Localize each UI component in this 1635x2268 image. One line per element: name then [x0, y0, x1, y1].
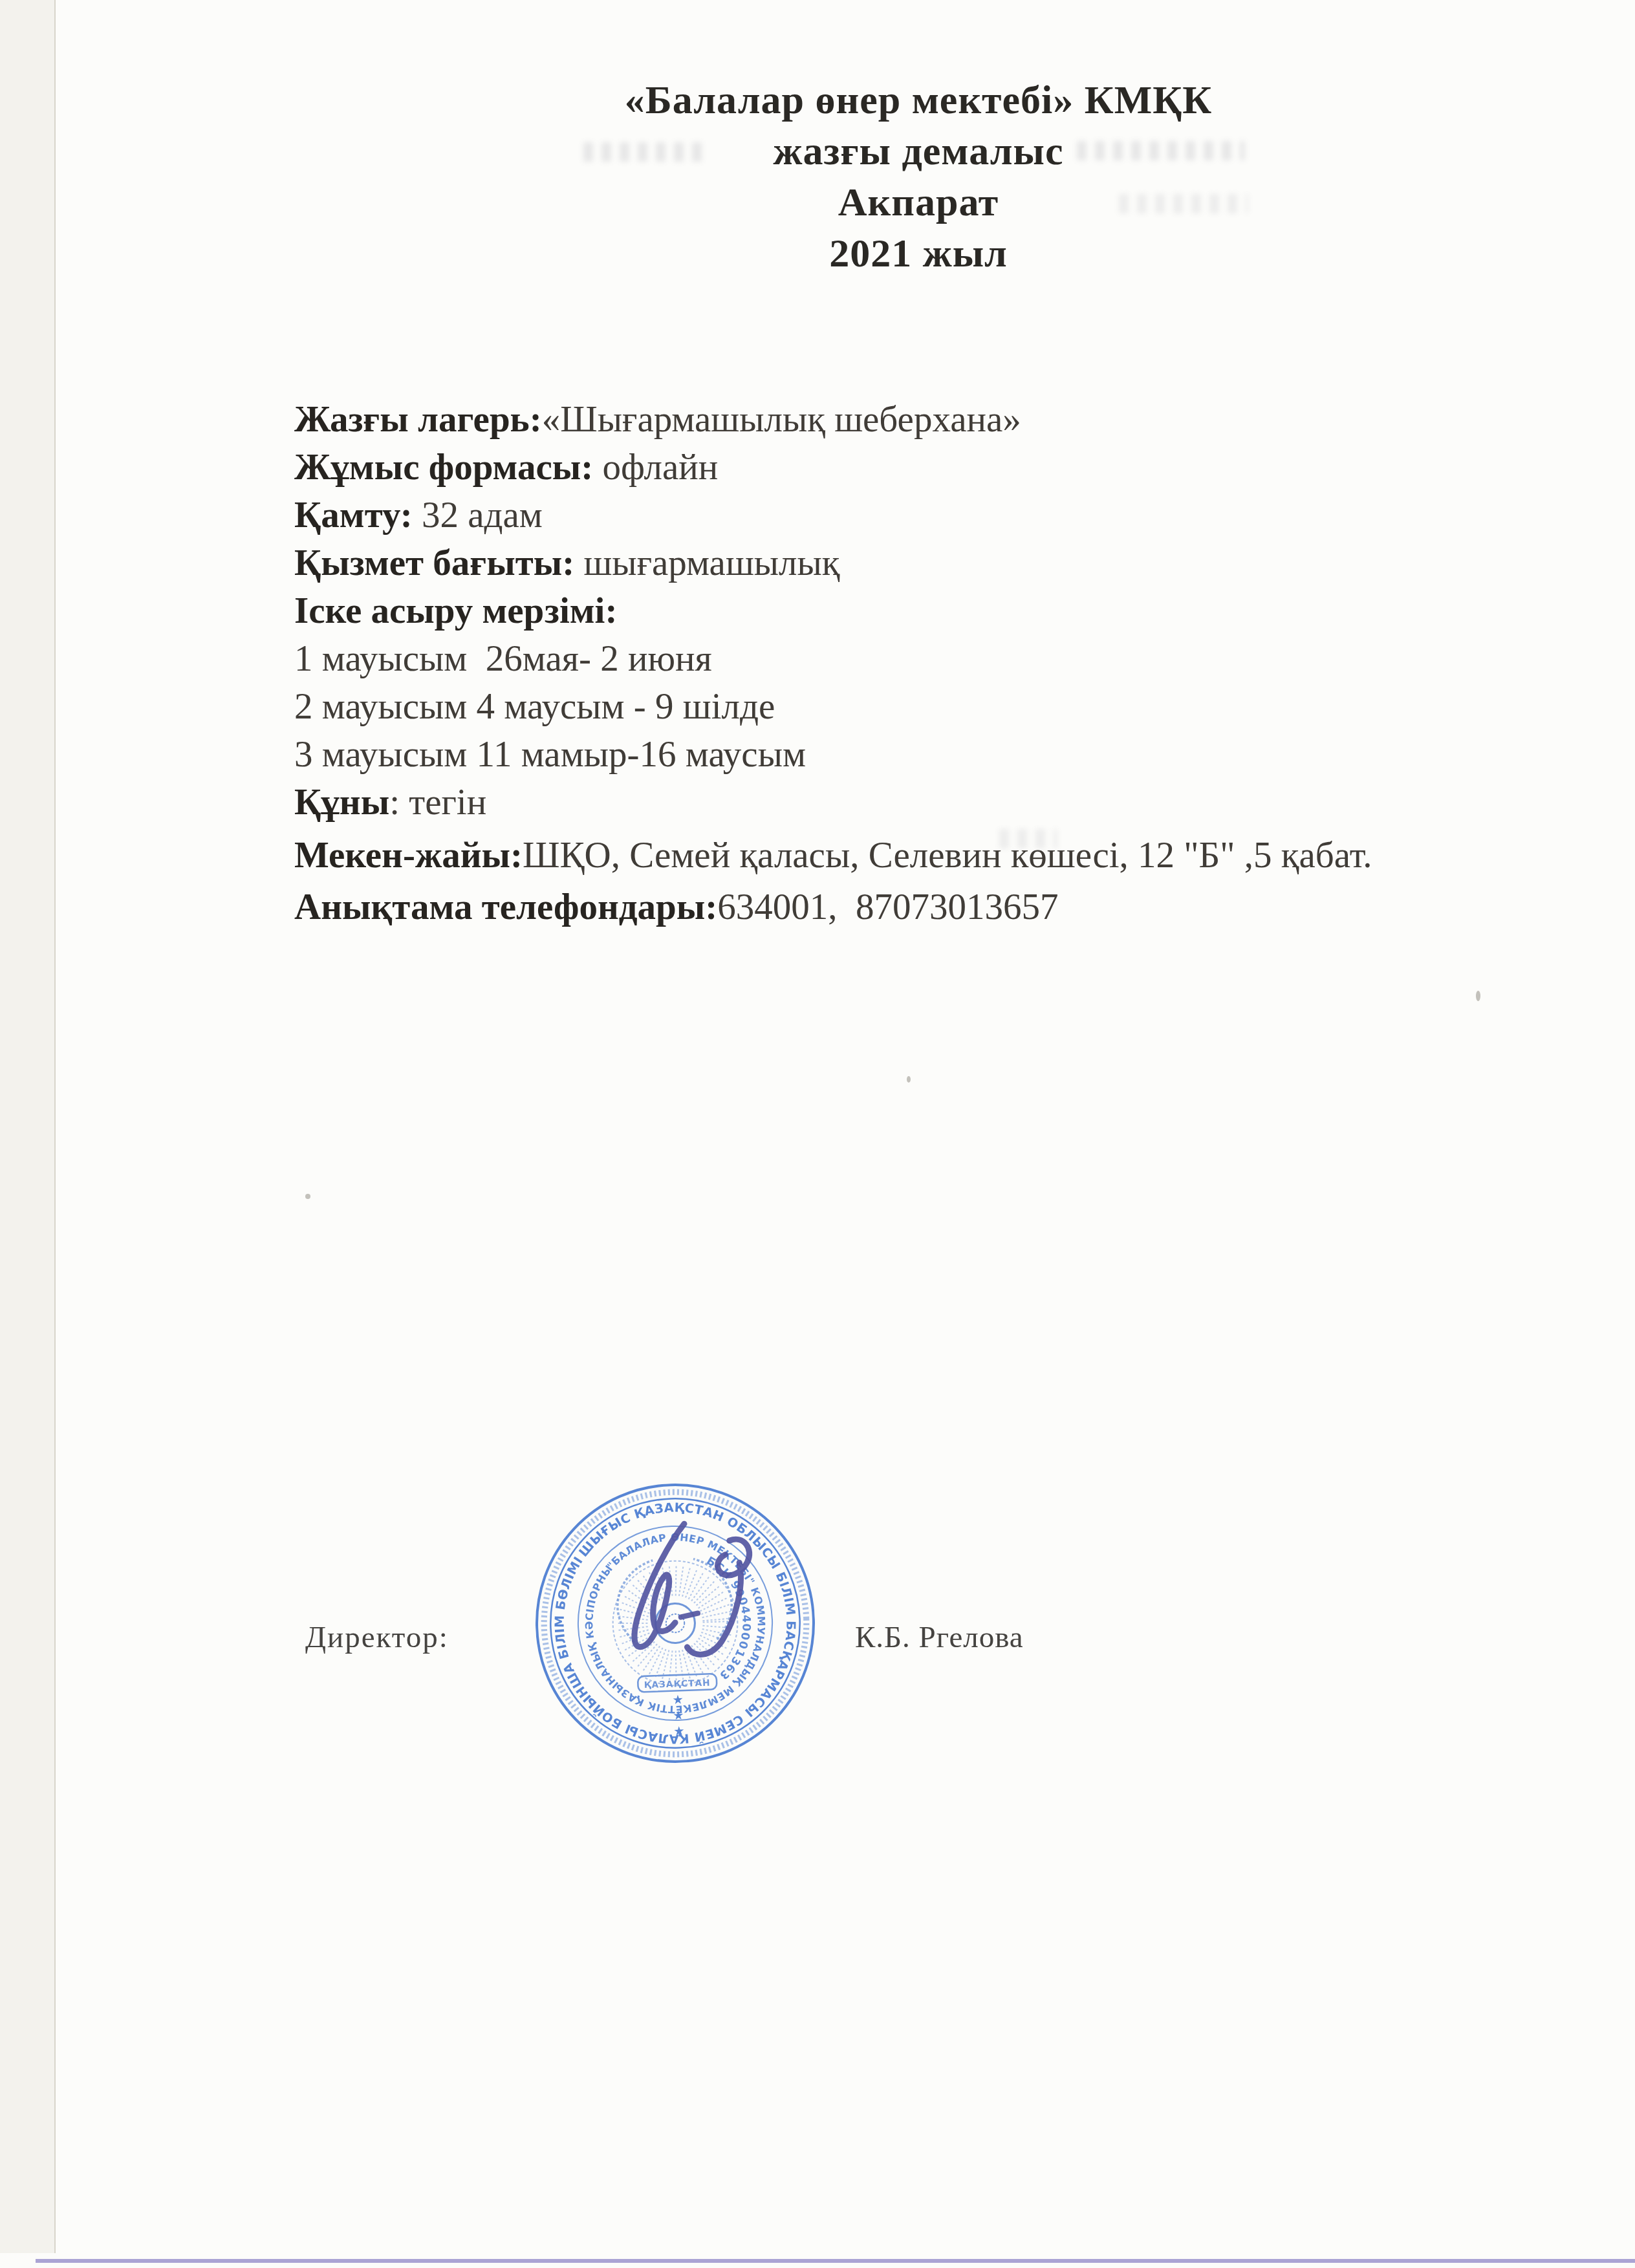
document-title: «Балалар өнер мектебі» КМҚК жазғы демалы… — [272, 75, 1565, 279]
info-line-phones: Анықтама телефондары:634001, 87073013657 — [294, 883, 1585, 931]
director-name: К.Б. Ргелова — [855, 1620, 1024, 1655]
info-value: офлайн — [593, 447, 718, 488]
info-label: Мекен-жайы: — [294, 835, 523, 876]
info-line-capacity: Қамту: 32 адам — [294, 491, 1585, 539]
info-value: «Шығармашылық шеберхана» — [542, 399, 1021, 440]
info-value: 2 мауысым 4 маусым - 9 шілде — [294, 686, 775, 727]
info-value: 634001, 87073013657 — [717, 887, 1058, 927]
info-value: ШҚО, Семей қаласы, Селевин көшесі, 12 "Б… — [523, 835, 1372, 876]
info-label: Жұмыс формасы: — [294, 447, 593, 488]
info-line-address: Мекен-жайы:ШҚО, Семей қаласы, Селевин кө… — [294, 832, 1585, 880]
stamp-star: ★ — [672, 1692, 684, 1707]
info-line-direction: Қызмет бағыты: шығармашылық — [294, 539, 1585, 587]
scanned-document-page: «Балалар өнер мектебі» КМҚК жазғы демалы… — [0, 0, 1635, 2268]
info-value: : тегін — [389, 782, 486, 823]
info-value: 3 мауысым 11 мамыр-16 маусым — [294, 734, 806, 775]
info-label: Қызмет бағыты: — [294, 543, 574, 583]
info-line-season-1: 1 мауысым 26мая- 2 июня — [294, 635, 1585, 683]
official-stamp: ШЫҒЫС ҚАЗАҚСТАН ОБЛЫСЫ БІЛІМ БАСҚАРМАСЫ … — [531, 1479, 820, 1768]
info-label: Қамту: — [294, 495, 413, 535]
emblem-caption: ҚАЗАҚСТАН — [644, 1678, 711, 1691]
scan-edge-band — [0, 0, 56, 2253]
director-label: Директор: — [305, 1620, 449, 1655]
scan-speck — [305, 1194, 310, 1199]
info-block: Жазғы лагерь:«Шығармашылық шеберхана» Жұ… — [294, 396, 1585, 931]
info-line-price: Құны: тегін — [294, 779, 1585, 826]
info-label: Құны — [294, 782, 389, 823]
scan-speck — [1476, 991, 1480, 1001]
info-line-season-3: 3 мауысым 11 мамыр-16 маусым — [294, 731, 1585, 779]
info-line-workform: Жұмыс формасы: офлайн — [294, 444, 1585, 491]
info-line-season-2: 2 мауысым 4 маусым - 9 шілде — [294, 683, 1585, 731]
title-line-4: 2021 жыл — [272, 228, 1565, 279]
stamp-star: ★ — [673, 1708, 684, 1723]
info-label: Жазғы лагерь: — [294, 399, 542, 440]
info-line-period-header: Іске асыру мерзімі: — [294, 587, 1585, 635]
info-value: 1 мауысым 26мая- 2 июня — [294, 638, 712, 679]
info-label: Анықтама телефондары: — [294, 887, 717, 927]
stamp-star: ★ — [673, 1723, 685, 1739]
info-label: Іске асыру мерзімі: — [294, 590, 617, 631]
scan-bottom-line — [36, 2259, 1635, 2263]
stamp-svg: ШЫҒЫС ҚАЗАҚСТАН ОБЛЫСЫ БІЛІМ БАСҚАРМАСЫ … — [531, 1479, 820, 1768]
title-line-2: жазғы демалыс — [272, 126, 1565, 177]
title-line-1: «Балалар өнер мектебі» КМҚК — [272, 75, 1565, 126]
info-value: 32 адам — [413, 495, 543, 535]
info-value: шығармашылық — [574, 543, 839, 583]
scan-speck — [907, 1076, 911, 1083]
title-line-3: Акпарат — [272, 177, 1565, 228]
info-line-camp: Жазғы лагерь:«Шығармашылық шеберхана» — [294, 396, 1585, 444]
